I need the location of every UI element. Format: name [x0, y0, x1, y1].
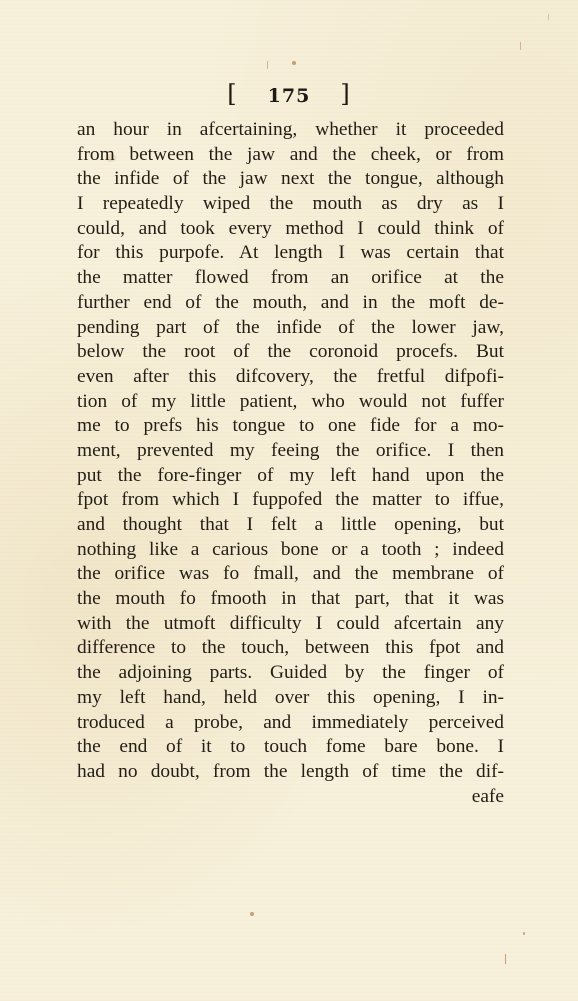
foxing-speck	[267, 61, 268, 69]
text-line: I repeatedly wiped the mouth as dry as I	[77, 192, 504, 217]
text-line: ment, prevented my feeing the orifice. I…	[77, 439, 504, 464]
text-line: me to prefs his tongue to one fide for a…	[77, 414, 504, 439]
text-line: could, and took every method I could thi…	[77, 217, 504, 242]
text-line: had no doubt, from the length of time th…	[77, 760, 504, 785]
running-header: [ 175 ]	[0, 80, 578, 108]
foxing-speck	[523, 932, 525, 935]
text-line: tion of my little patient, who would not…	[77, 390, 504, 415]
text-line: the matter flowed from an orifice at the	[77, 266, 504, 291]
text-line: put the fore-finger of my left hand upon…	[77, 464, 504, 489]
catchword: eafe	[77, 785, 504, 810]
foxing-speck	[505, 954, 506, 964]
text-line: with the utmoft difficulty I could afcer…	[77, 612, 504, 637]
text-line: the end of it to touch fome bare bone. I	[77, 735, 504, 760]
header-left-bracket: [	[227, 80, 237, 108]
text-line: difference to the touch, between this fp…	[77, 636, 504, 661]
foxing-speck	[520, 42, 521, 50]
text-line: fpot from which I fuppofed the matter to…	[77, 488, 504, 513]
text-line: even after this difcovery, the fretful d…	[77, 365, 504, 390]
book-page: [ 175 ] an hour in afcertaining, whether…	[0, 0, 578, 1001]
text-line: from between the jaw and the cheek, or f…	[77, 143, 504, 168]
text-line: the infide of the jaw next the tongue, a…	[77, 167, 504, 192]
text-line: further end of the mouth, and in the mof…	[77, 291, 504, 316]
text-line: the mouth fo fmooth in that part, that i…	[77, 587, 504, 612]
text-line: pending part of the infide of the lower …	[77, 316, 504, 341]
foxing-speck	[548, 14, 549, 20]
text-line: for this purpofe. At length I was certai…	[77, 241, 504, 266]
text-line: the adjoining parts. Guided by the finge…	[77, 661, 504, 686]
page-number: 175	[268, 85, 311, 107]
text-line: and thought that I felt a little opening…	[77, 513, 504, 538]
text-line: troduced a probe, and immediately percei…	[77, 711, 504, 736]
text-line: the orifice was fo fmall, and the membra…	[77, 562, 504, 587]
text-line: an hour in afcertaining, whether it proc…	[77, 118, 504, 143]
text-line: nothing like a carious bone or a tooth ;…	[77, 538, 504, 563]
body-text: an hour in afcertaining, whether it proc…	[77, 118, 504, 809]
text-line: my left hand, held over this opening, I …	[77, 686, 504, 711]
foxing-speck	[292, 61, 296, 65]
foxing-speck	[250, 912, 254, 916]
header-right-bracket: ]	[340, 80, 350, 108]
text-line: below the root of the coronoid procefs. …	[77, 340, 504, 365]
